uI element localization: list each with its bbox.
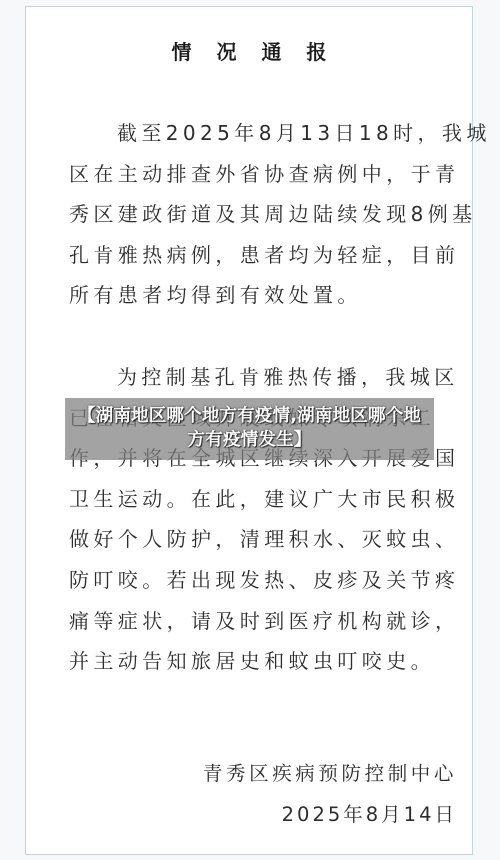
signature-organization: 青秀区疾病预防控制中心: [203, 762, 457, 786]
paragraph-line: 区在主动排查外省协查病例中，于青: [69, 154, 489, 195]
paragraph-status: 截至2025年8月13日18时，我城 区在主动排查外省协查病例中，于青 秀区建政…: [69, 113, 489, 316]
paragraph-line: 截至2025年8月13日18时，我城: [69, 113, 489, 154]
paragraph-line: 秀区建政街道及其周边陆续发现8例基: [69, 194, 489, 235]
caption-overlay-banner: 【湖南地区哪个地方有疫情,湖南地区哪个地方有疫情发生】: [65, 398, 434, 460]
paragraph-line: 并主动告知旅居史和蚊虫叮咬史。: [69, 641, 489, 682]
paragraph-line: 所有患者均得到有效处置。: [69, 275, 489, 316]
paragraph-line: 防叮咬。若出现发热、皮疹及关节疼: [69, 560, 489, 601]
notice-title: 情 况 通 报: [26, 40, 472, 64]
paragraph-line: 孔肯雅热病例，患者均为轻症，目前: [69, 235, 489, 276]
paragraph-line: 做好个人防护，清理积水、灭蚊虫、: [69, 519, 489, 560]
paragraph-line: 为控制基孔肯雅热传播，我城区: [69, 357, 489, 398]
paragraph-line: 卫生运动。在此，建议广大市民积极: [69, 479, 489, 520]
signature-date: 2025年8月14日: [282, 803, 457, 827]
caption-overlay-text: 【湖南地区哪个地方有疫情,湖南地区哪个地方有疫情发生】: [73, 404, 426, 452]
paragraph-line: 痛等症状，请及时到医疗机构就诊，: [69, 601, 489, 642]
